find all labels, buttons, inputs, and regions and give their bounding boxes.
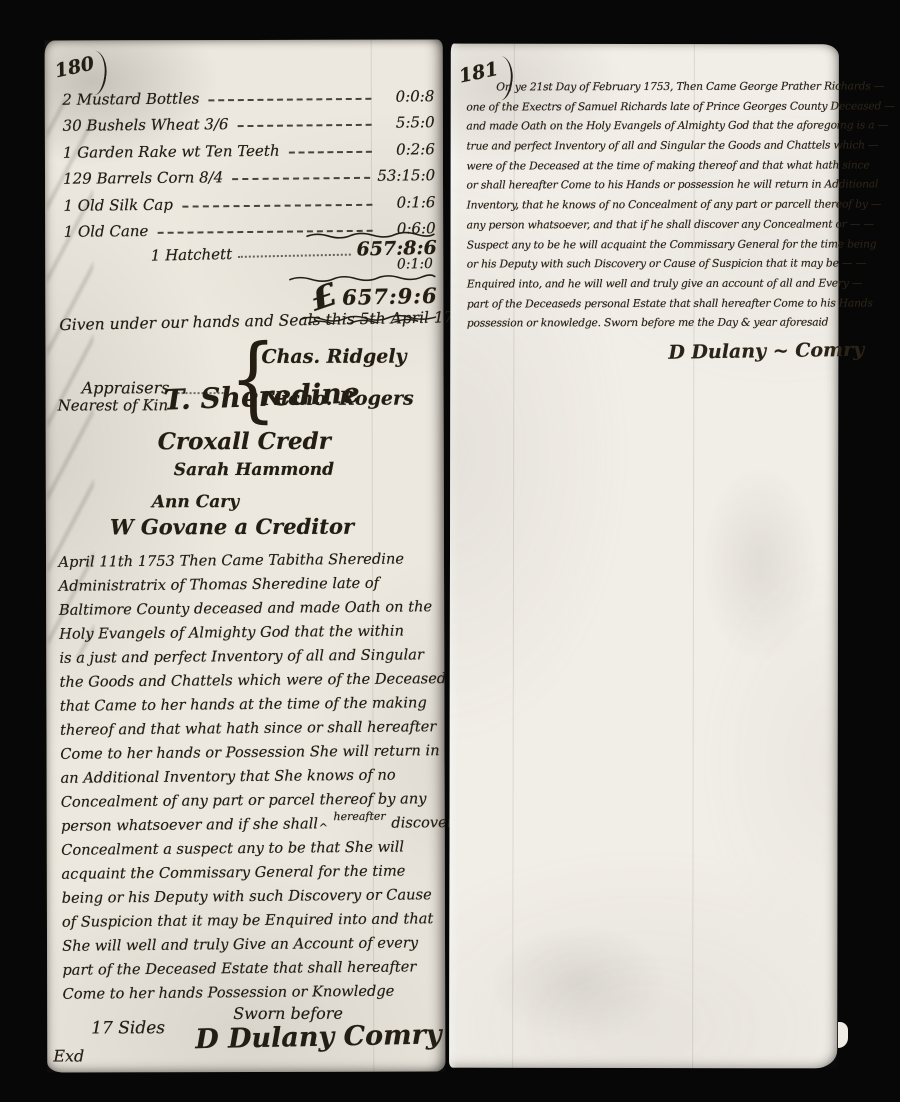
oath-line: possession or knowledge. Sworn before me… <box>467 316 833 337</box>
item-description: 30 Bushels Wheat 3/6 <box>63 115 229 135</box>
oath-line: of Suspicion that it may be Enquired int… <box>62 910 440 938</box>
item-value: 0:1:6 <box>379 193 435 212</box>
oath-line: true and perfect Inventory of all and Si… <box>466 139 832 160</box>
inventory-row: 2 Mustard Bottles 0:0:8 <box>62 78 434 108</box>
item-description: 1 Garden Rake wt Ten Teeth <box>63 141 280 161</box>
item-description: 129 Barrels Corn 8/4 <box>63 168 223 188</box>
inserted-word: hereafter <box>333 810 385 824</box>
commissary-signature: D Dulany Comry <box>195 1019 442 1055</box>
oath-line: part of the Deceased Estate that shall h… <box>62 958 440 986</box>
oath-line: She will well and truly Give an Account … <box>62 934 440 962</box>
sides-count-note: 17 Sides <box>91 1018 165 1038</box>
item-value: 0:0:8 <box>378 87 434 106</box>
oath-line: Suspect any to be he will acquaint the C… <box>467 237 833 258</box>
subtotal-item-description: 1 Hatchett <box>151 245 233 265</box>
grand-total-value: 657:9:6 <box>342 283 438 310</box>
item-value: 0:2:6 <box>379 140 435 159</box>
oath-paragraph: On ye 21st Day of February 1753, Then Ca… <box>466 80 833 337</box>
oath-line: Concealment a suspect any to be that She… <box>61 838 439 866</box>
commissary-signature: D Dulany ~ Comry <box>668 339 864 364</box>
oath-line: that Came to her hands at the time of th… <box>60 694 438 722</box>
oath-line: one of the Exectrs of Samuel Richards la… <box>466 99 832 120</box>
oath-paragraph: April 11th 1753 Then Came Tabitha Shered… <box>58 550 440 1010</box>
oath-line-pre: person whatsoever and if she shall <box>61 815 318 834</box>
insertion-caret: ^ <box>319 821 328 834</box>
oath-line: part of the Deceaseds personal Estate th… <box>467 296 833 317</box>
oath-line: being or his Deputy with such Discovery … <box>62 886 440 914</box>
dash-leader <box>237 123 371 127</box>
oath-line: Come to her hands or Possession She will… <box>60 742 438 770</box>
item-description: 2 Mustard Bottles <box>62 89 199 108</box>
creditor-signature: Croxall Credr <box>158 428 331 455</box>
dash-leader <box>232 176 370 180</box>
oath-line: Inventory, that he knows of no Concealme… <box>467 198 833 219</box>
ghost-ink-smudge <box>700 464 820 664</box>
signature: Sarah Hammond <box>174 460 334 480</box>
oath-line: is a just and perfect Inventory of all a… <box>59 646 437 674</box>
dash-leader <box>208 96 371 101</box>
inventory-row: 30 Bushels Wheat 3/6 5:5:0 <box>62 105 434 135</box>
inventory-list: 2 Mustard Bottles 0:0:8 30 Bushels Wheat… <box>62 78 436 241</box>
oath-line: any person whatsoever, and that if he sh… <box>467 217 833 238</box>
oath-line: or his Deputy with such Discovery or Cau… <box>467 257 833 278</box>
inventory-row: 1 Garden Rake wt Ten Teeth 0:2:6 <box>63 131 435 161</box>
oath-line-with-insertion: person whatsoever and if she shall ^ her… <box>61 814 439 842</box>
signature: Ann Cary <box>152 492 239 512</box>
appraiser-signature: Chas. Ridgely <box>261 346 406 368</box>
item-description: 1 Old Silk Cap <box>63 195 173 214</box>
oath-line: On ye 21st Day of February 1753, Then Ca… <box>466 80 832 101</box>
dash-leader <box>182 202 372 207</box>
left-page: 180 2 Mustard Bottles 0:0:8 30 Bushels W… <box>45 39 446 1072</box>
oath-line: the Goods and Chattels which were of the… <box>60 670 438 698</box>
oath-line: acquaint the Commissary General for the … <box>61 862 439 890</box>
right-page: 181 On ye 21st Day of February 1753, The… <box>449 44 839 1069</box>
creditor-signature: W Govane a Creditor <box>110 514 354 540</box>
inventory-row: 129 Barrels Corn 8/4 53:15:0 <box>63 158 435 188</box>
oath-line: thereof and that what hath since or shal… <box>60 718 438 746</box>
oath-line: April 11th 1753 Then Came Tabitha Shered… <box>58 550 436 578</box>
item-value: 53:15:0 <box>377 166 435 185</box>
oath-line: or shall hereafter Come to his Hands or … <box>467 178 833 199</box>
appraisers-label: Appraisers <box>82 378 170 397</box>
oath-line: were of the Deceased at the time of maki… <box>466 158 832 179</box>
oath-line: Baltimore County deceased and made Oath … <box>59 598 437 626</box>
sworn-before-label: Sworn before <box>233 1004 343 1023</box>
page-edge-notch <box>838 1022 848 1048</box>
oath-line: and made Oath on the Holy Evangels of Al… <box>466 119 832 140</box>
oath-line: Enquired into, and he will well and trul… <box>467 276 833 297</box>
item-value: 5:5:0 <box>379 113 435 132</box>
examined-note: Exd <box>53 1046 84 1065</box>
ghost-ink-smudge <box>489 924 669 1044</box>
dash-leader <box>289 149 372 153</box>
nearest-of-kin-label: Nearest of Kin <box>58 396 169 414</box>
oath-line: Holy Evangels of Almighty God that the w… <box>59 622 437 650</box>
inventory-row: 1 Old Silk Cap 0:1:6 <box>63 184 435 214</box>
oath-line: an Additional Inventory that She knows o… <box>60 766 438 794</box>
oath-line: Administratrix of Thomas Sheredine late … <box>59 574 437 602</box>
